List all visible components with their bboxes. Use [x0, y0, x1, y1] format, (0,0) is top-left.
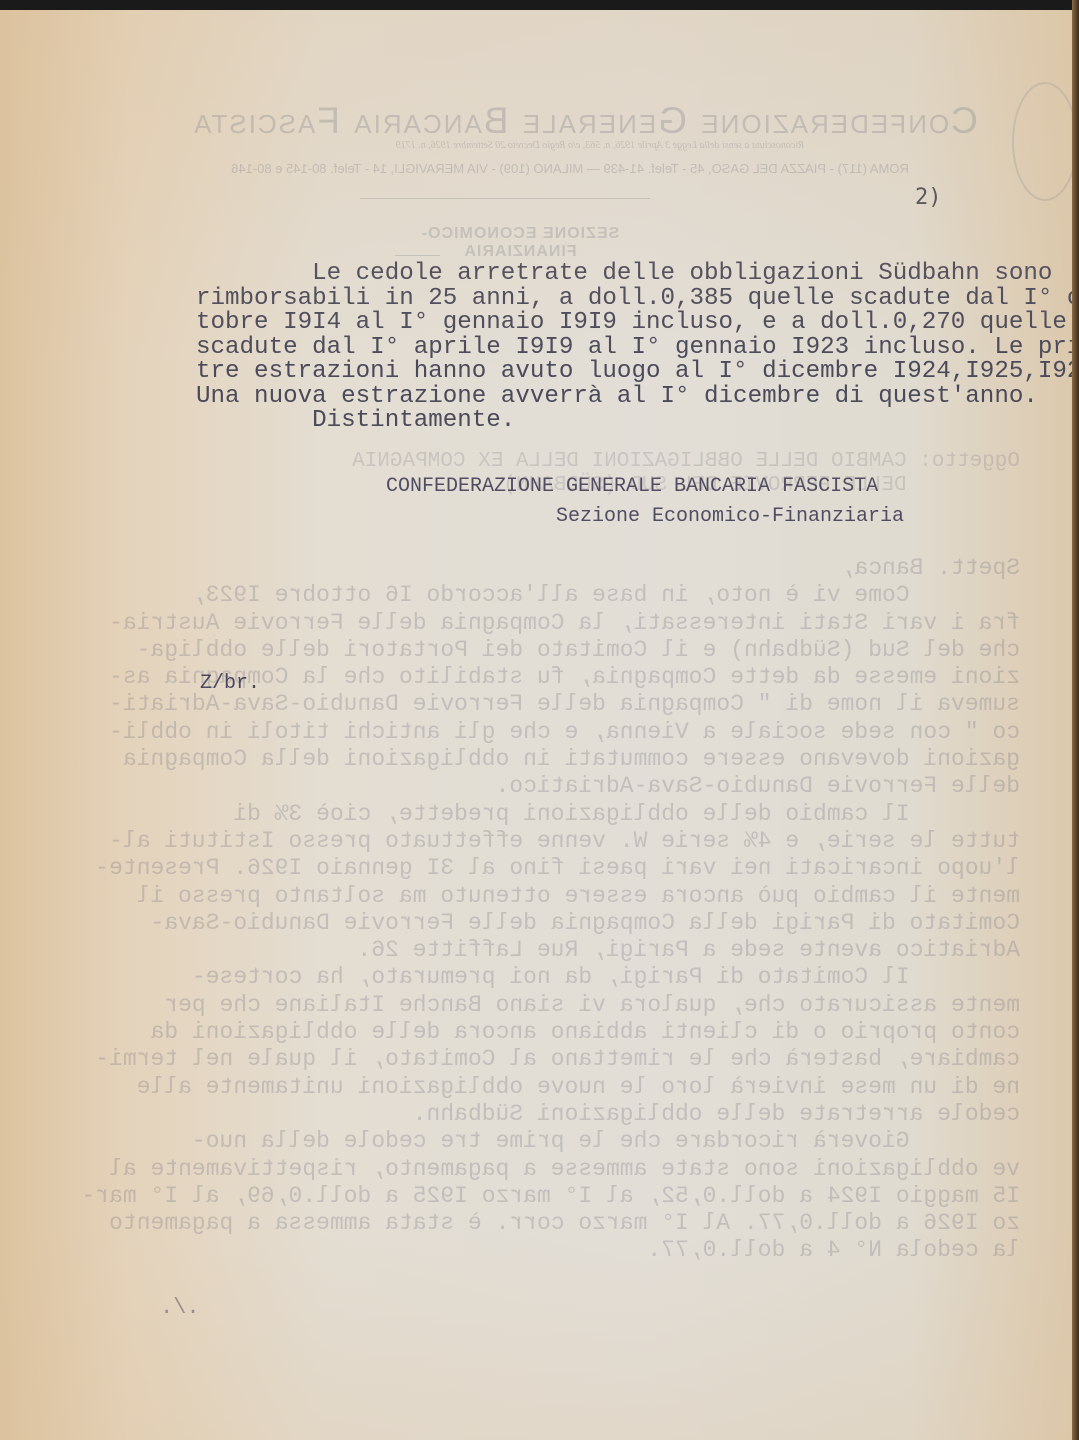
letterhead-rule — [360, 198, 650, 199]
seal-emblem-icon — [1012, 82, 1072, 201]
bleed-line: Gioverà ricordare che le prime tre cedol… — [192, 1128, 1020, 1154]
bleed-line: co " con sede sociale a Vienna, e che gl… — [109, 719, 1020, 745]
bleed-line: l'uopo incaricati nei vari paesi fino al… — [95, 855, 1020, 881]
letterhead-title-mirrored: Confederazione Generale Bancaria Fascist… — [165, 100, 1005, 142]
bleed-line: Adriatico avente sede a Parigi, Rue Laff… — [357, 937, 1020, 963]
bleed-line: delle Ferrovie Danubio-Sava-Adriatico. — [496, 773, 1021, 799]
body-line: tobre I9I4 al I° gennaio I9I9 incluso, e… — [196, 309, 1067, 336]
letter-body: Le cedole arretrate delle obbligazioni S… — [196, 262, 1072, 434]
bleed-line: tutte le serie, e 4% serie W. venne effe… — [109, 828, 1020, 854]
section-rule — [395, 255, 440, 256]
document-page: Confederazione Generale Bancaria Fascist… — [0, 10, 1072, 1440]
bleed-line: I5 maggio I924 a doll.0,52, al I° marzo … — [81, 1183, 1020, 1209]
bleed-line: sumeva il nome di " Compagnia delle Ferr… — [109, 691, 1020, 717]
bleed-line: Il Comitato di Parigi, da noi premurato,… — [192, 964, 1020, 990]
bleed-line: cedole arretrate delle obbligazioni Südb… — [413, 1101, 1020, 1127]
typist-initials: Z/br. — [200, 672, 260, 695]
body-line: rimborsabili in 25 anni, a doll.0,385 qu… — [196, 285, 1072, 312]
page-end-mark: ./. — [160, 1295, 200, 1320]
bleed-line: Comitato di Parigi della Compagnia delle… — [150, 910, 1020, 936]
page-number: 2) — [915, 185, 942, 210]
body-line: scadute dal I° aprile I9I9 al I° gennaio… — [196, 334, 1072, 361]
bleed-line: Il cambio delle obbligazioni predette, c… — [233, 801, 1020, 827]
bleed-line: conto proprio o di clienti abbiano ancor… — [150, 1019, 1020, 1045]
bleed-line: Come vi è noto, in base all'accordo I6 o… — [192, 582, 1020, 608]
signature-organization: CONFEDERAZIONE GENERALE BANCARIA FASCIST… — [386, 475, 878, 498]
body-line: Una nuova estrazione avverrà al I° dicem… — [196, 383, 1038, 410]
bleed-salutation: Spett. Banca, — [841, 555, 1020, 581]
body-line: tre estrazioni hanno avuto luogo al I° d… — [196, 358, 1072, 385]
letterhead-address-mirrored: ROMA (117) - PIAZZA DEL GASO, 45 - Telef… — [175, 161, 965, 176]
signature-section: Sezione Economico-Finanziaria — [386, 502, 904, 532]
letterhead-subtitle-mirrored: Riconosciuta a sensi della Legge 3 April… — [225, 140, 975, 151]
bleed-line: ve obbligazioni sono state ammesse a pag… — [109, 1156, 1020, 1182]
bleed-header-line: Oggetto: CAMBIO DELLE OBBLIGAZIONI DELLA… — [352, 450, 1020, 473]
bleed-line: mente assicurato che, qualora vi siano B… — [164, 992, 1020, 1018]
body-line: Le cedole arretrate delle obbligazioni S… — [196, 260, 1052, 287]
bleed-line: zo I926 a doll.0,77. Al I° marzo corr. è… — [109, 1210, 1020, 1236]
bleed-line: cambiare, basterà che le rimettano al Co… — [95, 1046, 1020, 1072]
bleed-line: mente il cambio può ancora essere ottenu… — [137, 883, 1020, 909]
bleed-line: che del Sud (Südbahn) e il Comitato dei … — [137, 637, 1020, 663]
page-edge — [1072, 0, 1079, 1440]
bleed-line: ne di un mese invierà loro le nuove obbl… — [137, 1074, 1020, 1100]
closing-line: Distintamente. — [196, 407, 515, 434]
bleed-line: fra i vari Stati interessati, la Compagn… — [109, 610, 1020, 636]
bleed-line: la cedola N° 4 a doll.0,77. — [647, 1237, 1020, 1263]
signature-block: CONFEDERAZIONE GENERALE BANCARIA FASCIST… — [386, 472, 904, 532]
bleed-through-body: Spett. Banca, Come vi è noto, in base al… — [100, 555, 1020, 1265]
bleed-line: gazioni dovevano essere commutati in obb… — [123, 746, 1020, 772]
